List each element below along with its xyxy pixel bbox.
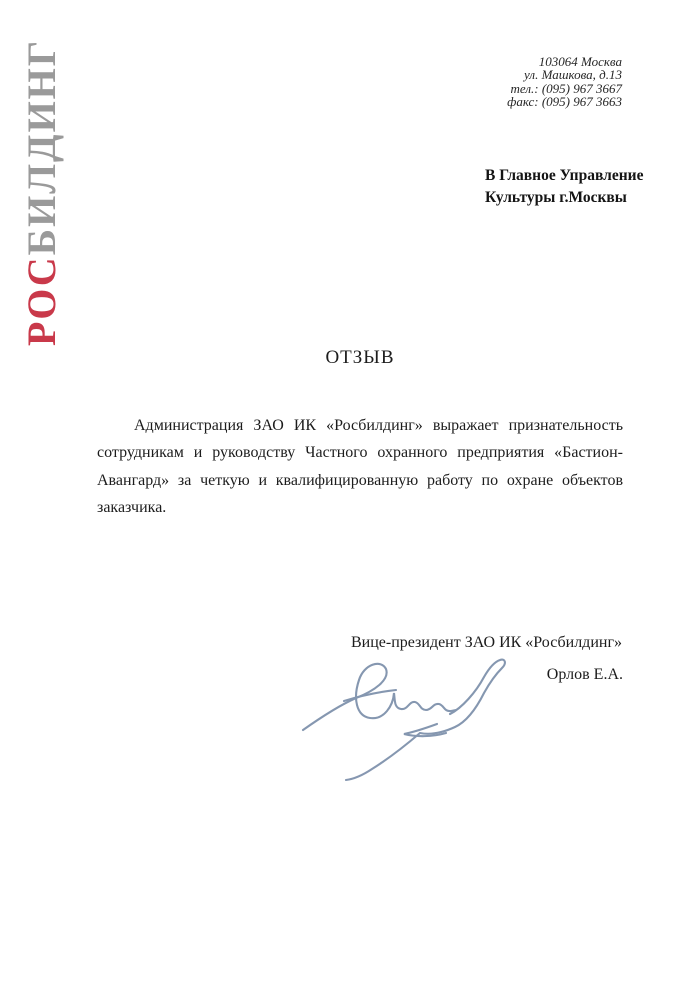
address-street-line: ул. Машкова, д.13 (507, 68, 622, 81)
address-fax-line: факс: (095) 967 3663 (507, 95, 622, 108)
handwritten-signature-ink (290, 648, 520, 793)
recipient-block: В Главное Управление Культуры г.Москвы (485, 165, 643, 209)
logo-text-gray: БИЛДИНГ (19, 39, 64, 256)
letterhead-address-block: 103064 Москва ул. Машкова, д.13 тел.: (0… (507, 55, 622, 109)
address-phone-line: тел.: (095) 967 3667 (507, 82, 622, 95)
recipient-line-1: В Главное Управление (485, 165, 643, 187)
company-logo: РОСБИЛДИНГ (20, 44, 64, 346)
letter-body-paragraph: Администрация ЗАО ИК «Росбилдинг» выража… (97, 412, 623, 522)
signature-stroke-tall (346, 660, 505, 780)
recipient-line-2: Культуры г.Москвы (485, 187, 643, 209)
logo-text-red: РОС (19, 255, 64, 346)
address-city-line: 103064 Москва (507, 55, 622, 68)
document-title: ОТЗЫВ (97, 347, 623, 369)
letter-page: РОСБИЛДИНГ 103064 Москва ул. Машкова, д.… (0, 0, 700, 990)
signoff-name: Орлов Е.А. (547, 666, 623, 684)
signature-stroke-loop (303, 664, 456, 730)
company-logo-text: РОСБИЛДИНГ (20, 44, 64, 346)
